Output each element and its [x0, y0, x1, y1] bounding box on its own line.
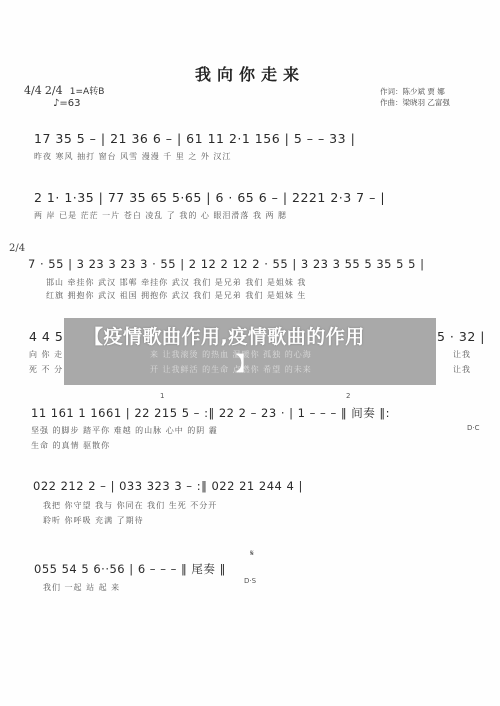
composer-line: 作曲：梁晓羽 乙富强 [380, 97, 450, 108]
composer-label: 作曲： [380, 98, 403, 107]
lyricist-label: 作词： [380, 87, 403, 96]
song-meta-left: 4/4 2/4 1=A转B ♪=63 [24, 84, 104, 97]
score-row-3-lyrics-1: 邯山 牵挂你 武汉 邯郸 牵挂你 武汉 我们 是兄弟 我们 是姐妹 我 [46, 277, 306, 288]
score-row-5-lyrics-2: 生命 的真情 驱散你 [31, 440, 110, 451]
score-row-4-lyrics-mid-2: 开 让我鲜活 的生命 点燃你 希望 的未来 [150, 364, 312, 375]
score-row-4-notes-left: 4 4 5 [29, 329, 63, 344]
score-row-5-lyrics-1: 坚强 的脚步 踏平你 难越 的山脉 心中 的阴 霾 [31, 425, 218, 436]
key-signature: 1=A转B [70, 87, 105, 97]
score-row-4-lyrics-left-2: 死 不 分 [29, 364, 63, 375]
score-row-6-notes: 022 212 2 – | 033 323 3 – :‖ 022 21 244 … [33, 479, 303, 493]
score-row-4-lyrics-right-1: 让我 [453, 349, 471, 360]
time-signature-2: 2/4 [45, 84, 63, 97]
song-title: 我向你走来 [0, 62, 500, 85]
score-row-6-lyrics-1: 我把 你守望 我与 你同在 我们 生死 不分开 [43, 500, 217, 511]
tempo-marking: ♪=63 [53, 98, 81, 109]
score-row-4-notes-right: 5 · 32 | [437, 329, 485, 344]
lyricist: 陈少斌 贾 娜 [403, 87, 445, 96]
overlay-banner-text: 【疫情歌曲作用,疫情歌曲的作用 [84, 322, 365, 349]
score-row-7-lyrics: 我们 一起 站 起 来 [43, 582, 120, 593]
segno-icon: 𝄋 [250, 549, 254, 559]
score-row-1-lyrics: 昨夜 寒风 抽打 窗台 风雪 漫漫 千 里 之 外 汉江 [34, 151, 231, 162]
score-row-2-lyrics: 两 岸 已是 茫茫 一片 苍白 凌乱 了 我的 心 眼泪滑落 我 两 腮 [34, 210, 287, 221]
score-row-4-lyrics-left-1: 向 你 走 [29, 349, 63, 360]
score-row-4-lyrics-mid-1: 来 让我滚烫 的热血 温暖你 孤独 的心海 [150, 349, 312, 360]
score-row-7-notes: 055 54 5 6··56 | 6 – – – ‖ 尾奏 ‖ [34, 561, 226, 577]
score-row-3-lyrics-2: 红旗 拥抱你 武汉 祖国 拥抱你 武汉 我们 是兄弟 我们 是姐妹 生 [46, 290, 306, 301]
dc-marker: D·C [467, 424, 480, 432]
row-3-time-signature: 2/4 [9, 243, 25, 254]
volta-1-marker: 1 [160, 392, 164, 400]
score-row-3-notes: 7 · 55 | 3 23 3 23 3 · 55 | 2 12 2 12 2 … [28, 257, 424, 271]
lyricist-line: 作词：陈少斌 贾 娜 [380, 86, 450, 97]
ds-marker: D·S [244, 577, 256, 585]
volta-2-marker: 2 [346, 392, 350, 400]
credits: 作词：陈少斌 贾 娜 作曲：梁晓羽 乙富强 [380, 86, 450, 108]
overlay-banner-text-tail: 】 [236, 349, 255, 376]
time-signature-1: 4/4 [24, 84, 42, 97]
score-row-2-notes: 2 1· 1·35 | 77 35 65 5·65 | 6 · 65 6 – |… [34, 190, 385, 205]
score-row-1-notes: 17 35 5 – | 21 36 6 – | 61 11 2·1 156 | … [34, 131, 355, 146]
composer: 梁晓羽 乙富强 [403, 98, 450, 107]
score-row-4-lyrics-right-2: 让我 [453, 364, 471, 375]
score-row-6-lyrics-2: 聆听 你呼吸 充满 了期待 [43, 515, 144, 526]
score-row-5-notes: 11 161 1 1661 | 22 215 5 – :‖ 22 2 – 23 … [31, 405, 390, 421]
